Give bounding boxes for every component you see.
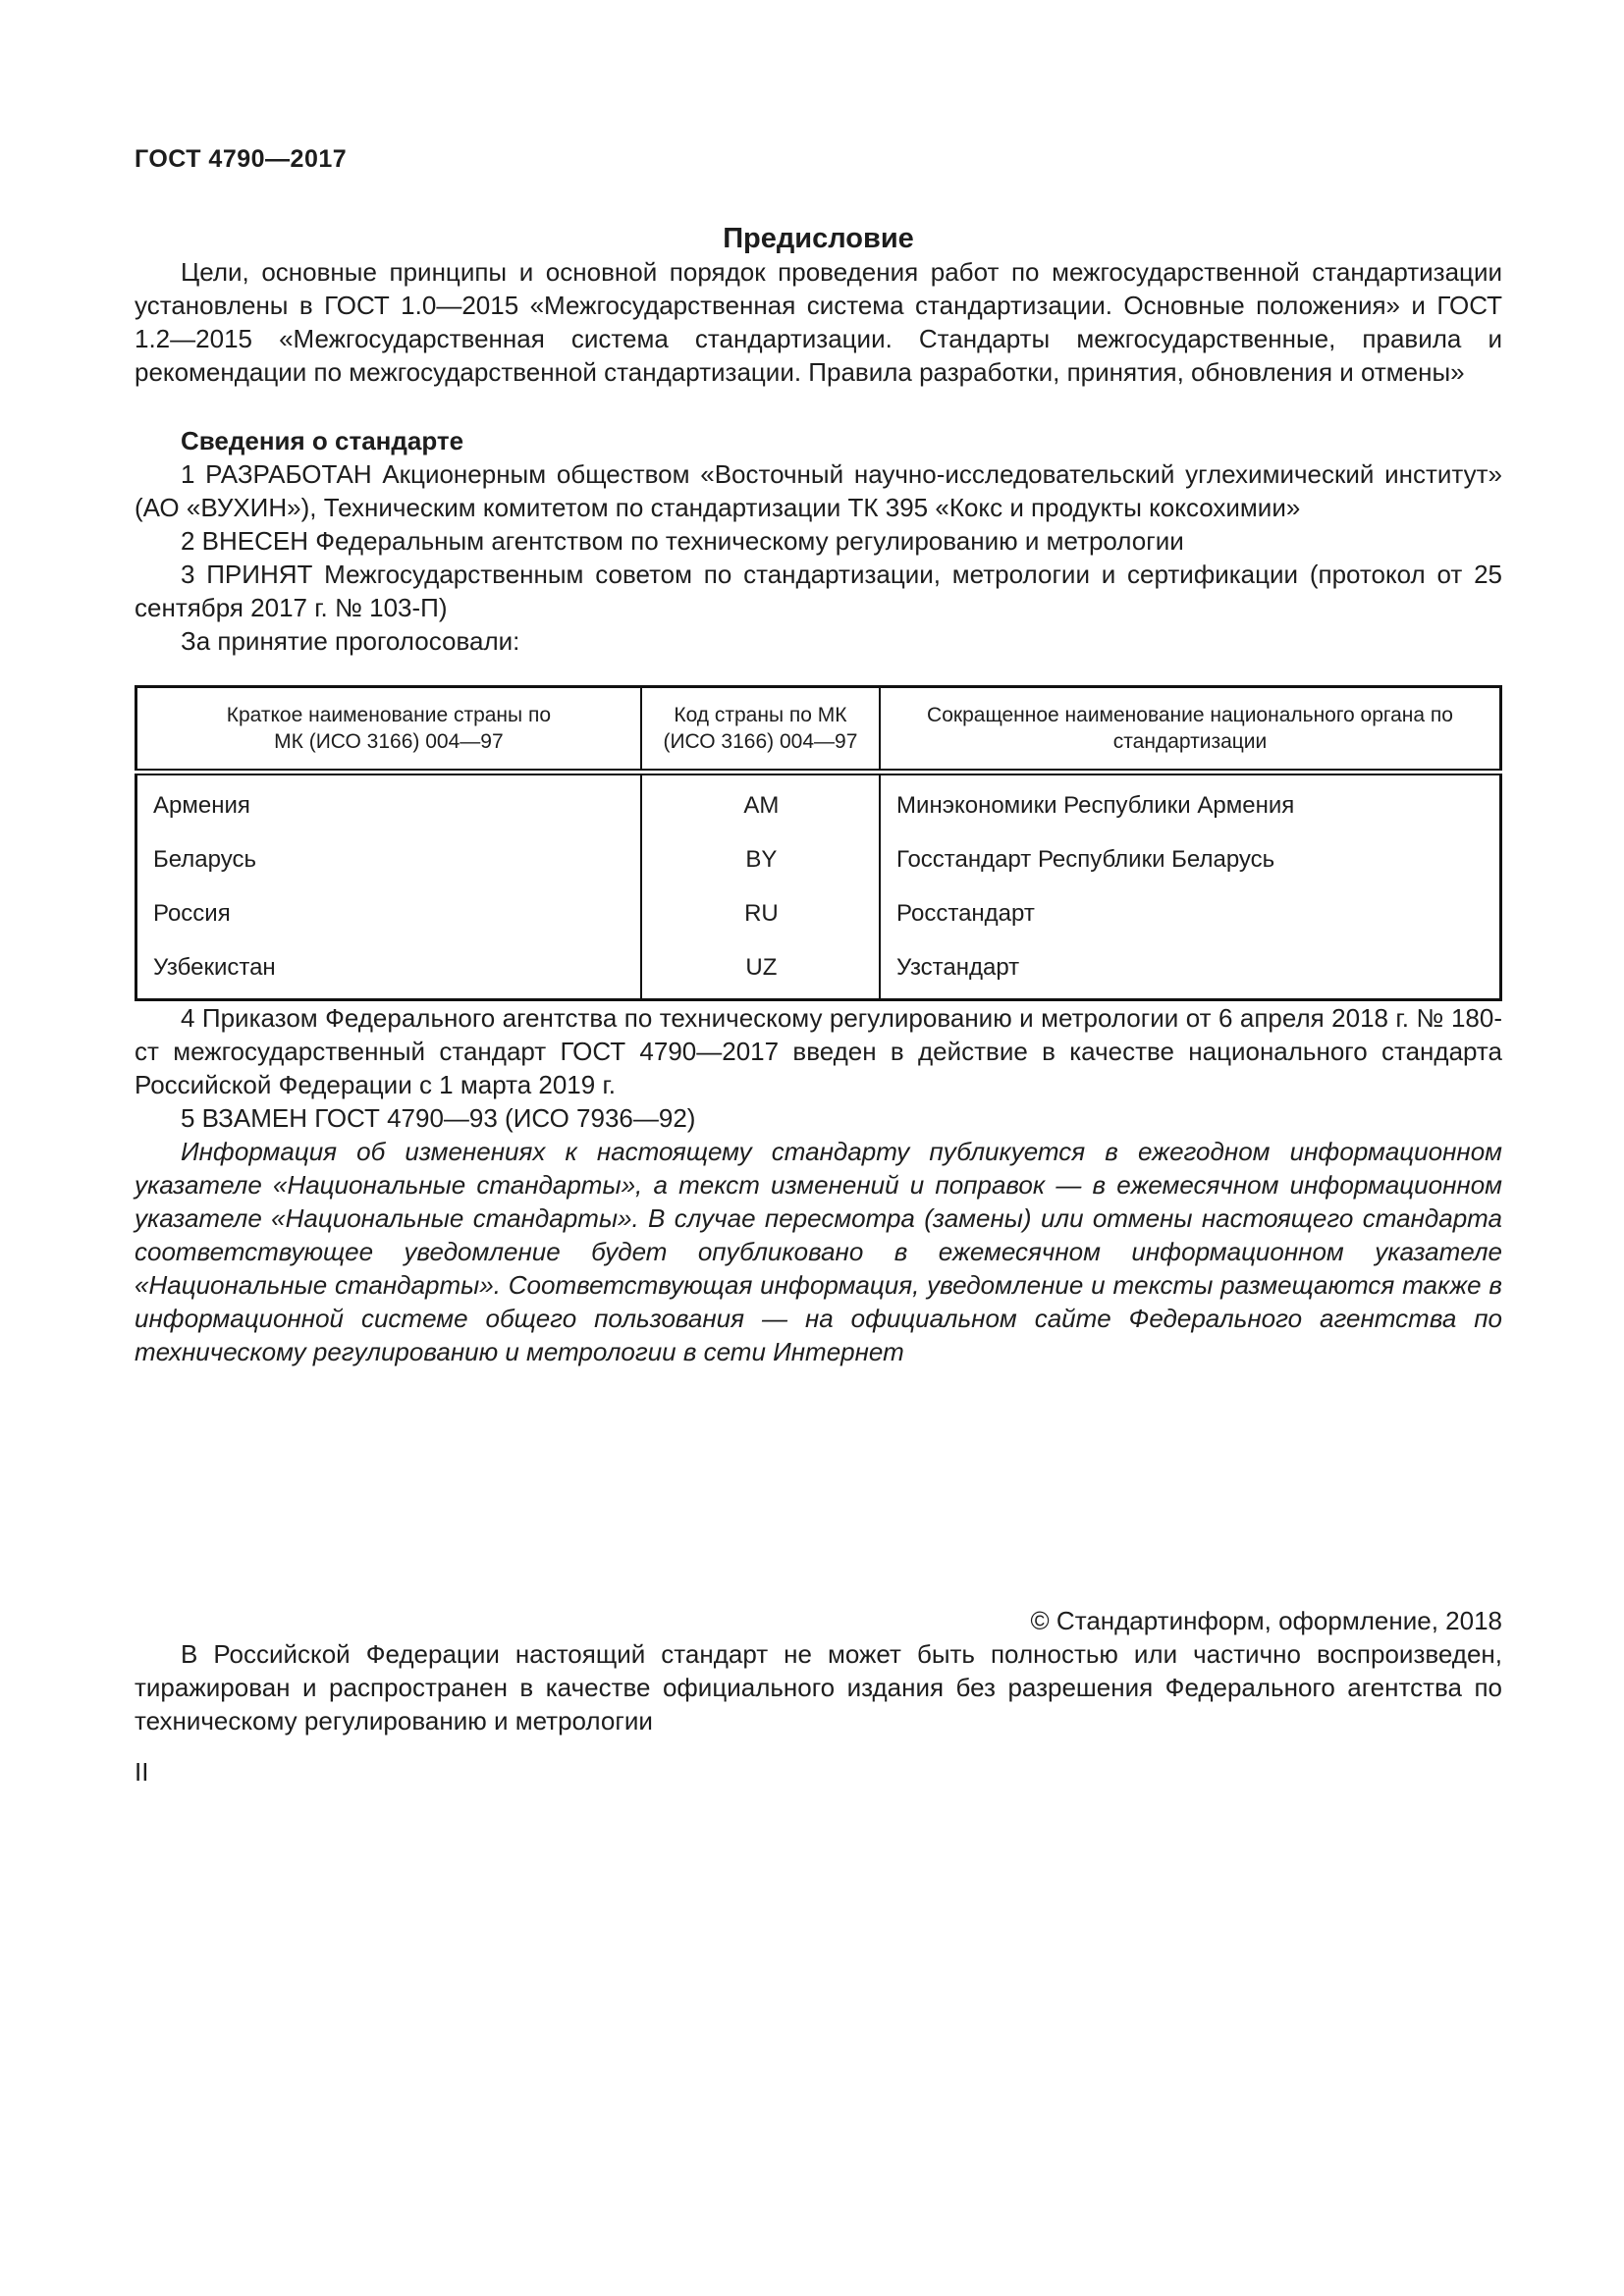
item-5-replaces: 5 ВЗАМЕН ГОСТ 4790—93 (ИСО 7936—92) (135, 1101, 1502, 1135)
item-3-adopted: 3 ПРИНЯТ Межгосударственным советом по с… (135, 558, 1502, 624)
item-1-developed: 1 РАЗРАБОТАН Акционерным обществом «Вост… (135, 457, 1502, 524)
code-cell: AM (641, 773, 880, 833)
document-page: ГОСТ 4790—2017 Предисловие Цели, основны… (0, 0, 1624, 2296)
page-title: Предисловие (135, 223, 1502, 255)
body-cell: Росстандарт (880, 886, 1500, 940)
doc-code: ГОСТ 4790—2017 (135, 145, 1502, 174)
votes-table: Краткое наименование страны по МК (ИСО 3… (135, 685, 1502, 1001)
body-cell: Узстандарт (880, 940, 1500, 1000)
col-header-country: Краткое наименование страны по МК (ИСО 3… (136, 687, 641, 773)
foreword-intro-paragraph: Цели, основные принципы и основной поряд… (135, 255, 1502, 389)
page-content: ГОСТ 4790—2017 Предисловие Цели, основны… (135, 0, 1502, 1789)
col-header-code-label: Код страны по МК (ИСО 3166) 004—97 (652, 702, 869, 755)
code-cell: UZ (641, 940, 880, 1000)
item-4-order: 4 Приказом Федерального агентства по тех… (135, 1001, 1502, 1101)
country-cell: Беларусь (136, 832, 641, 886)
code-cell: BY (641, 832, 880, 886)
country-cell: Узбекистан (136, 940, 641, 1000)
vote-label: За принятие проголосовали: (135, 624, 1502, 658)
standard-info-heading: Сведения о стандарте (135, 424, 1502, 457)
country-cell: Россия (136, 886, 641, 940)
change-notice-paragraph: Информация об изменениях к настоящему ст… (135, 1135, 1502, 1368)
code-cell: RU (641, 886, 880, 940)
table-header-row: Краткое наименование страны по МК (ИСО 3… (136, 687, 1501, 773)
table-row: Узбекистан UZ Узстандарт (136, 940, 1501, 1000)
table-row: Беларусь BY Госстандарт Республики Белар… (136, 832, 1501, 886)
col-header-body: Сокращенное наименование национального о… (880, 687, 1500, 773)
item-2-submitted: 2 ВНЕСЕН Федеральным агентством по техни… (135, 524, 1502, 558)
page-number: II (135, 1755, 1502, 1789)
country-cell: Армения (136, 773, 641, 833)
reproduction-notice-paragraph: В Российской Федерации настоящий стандар… (135, 1637, 1502, 1737)
body-cell: Госстандарт Республики Беларусь (880, 832, 1500, 886)
table-row: Россия RU Росстандарт (136, 886, 1501, 940)
copyright-line: © Стандартинформ, оформление, 2018 (135, 1604, 1502, 1637)
table-row: Армения AM Минэкономики Республики Армен… (136, 773, 1501, 833)
col-header-body-label: Сокращенное наименование национального о… (915, 702, 1465, 755)
col-header-code: Код страны по МК (ИСО 3166) 004—97 (641, 687, 880, 773)
body-cell: Минэкономики Республики Армения (880, 773, 1500, 833)
col-header-country-label: Краткое наименование страны по МК (ИСО 3… (217, 702, 561, 755)
